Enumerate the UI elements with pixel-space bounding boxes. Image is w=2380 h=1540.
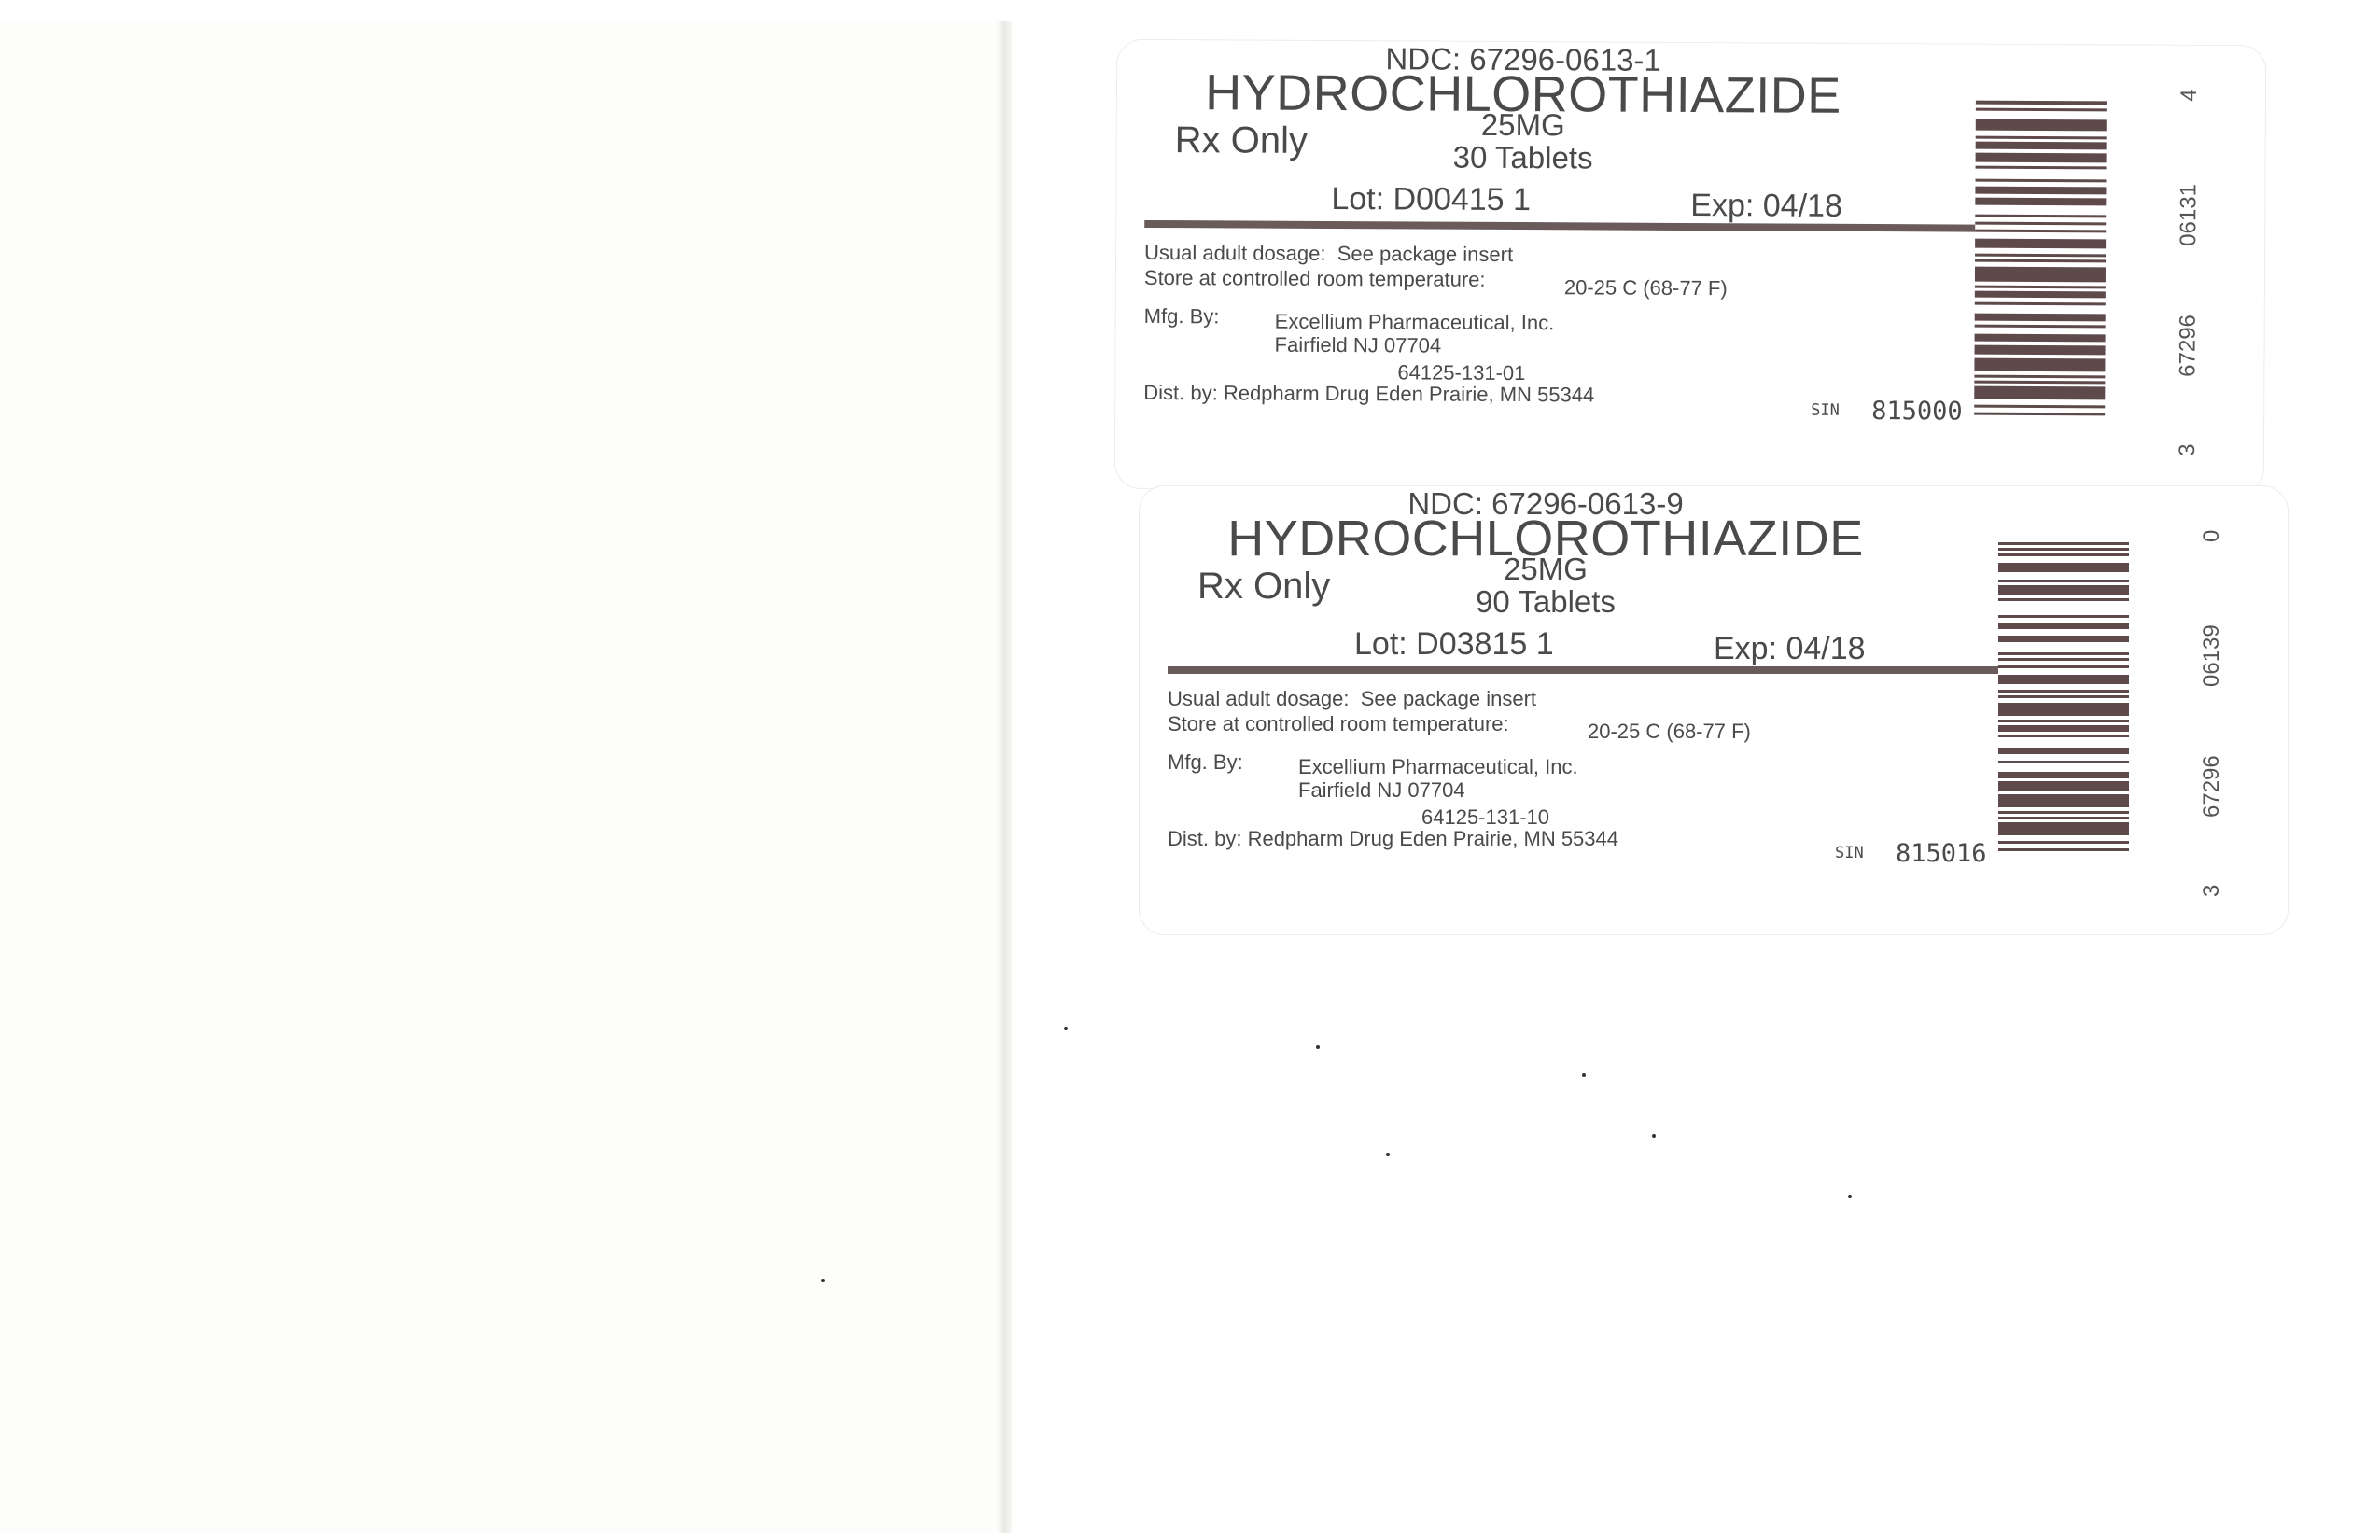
barcode-bar: [1998, 703, 2129, 716]
barcode-bar: [1998, 690, 2129, 693]
barcode-bar: [1998, 817, 2129, 819]
mfg-address: Fairfield NJ 07704: [1274, 333, 1441, 358]
barcode: [1998, 542, 2129, 860]
barcode-bar: [1998, 580, 2129, 582]
barcode-bar: [1998, 848, 2129, 851]
expiry-date: Exp: 04/18: [1714, 631, 1866, 667]
barcode-bar: [1976, 108, 2107, 112]
distributor: Dist. by: Redpharm Drug Eden Prairie, MN…: [1168, 827, 1618, 851]
barcode-bar: [1975, 291, 2106, 299]
distributor: Dist. by: Redpharm Drug Eden Prairie, MN…: [1143, 381, 1594, 408]
scan-speck: [1652, 1134, 1656, 1138]
expiry-date: Exp: 04/18: [1690, 188, 1842, 225]
barcode-bar: [1998, 598, 2129, 601]
barcode-bar: [1974, 381, 2105, 385]
barcode-bar: [1998, 735, 2129, 737]
barcode-bar: [1976, 101, 2107, 105]
barcode-bar: [1975, 222, 2106, 226]
barcode-digit: 06139: [2199, 624, 2225, 687]
barcode-digit: 3: [2199, 885, 2225, 897]
barcode-bar: [1998, 548, 2129, 551]
barcode-bar: [1975, 215, 2106, 218]
barcode-digit: 4: [2177, 89, 2203, 102]
barcode-bar: [1998, 720, 2129, 722]
barcode: [1974, 101, 2107, 419]
scan-speck: [1316, 1045, 1320, 1049]
storage-text: Store at controlled room temperature:: [1144, 266, 1486, 292]
barcode-bar: [1975, 325, 2106, 329]
barcode-bar: [1998, 772, 2129, 778]
barcode-bar: [1998, 585, 2129, 595]
barcode-bar: [1998, 794, 2129, 807]
mfg-label: Mfg. By:: [1168, 750, 1243, 775]
scan-speck: [1582, 1073, 1586, 1077]
barcode-bar: [1976, 119, 2107, 132]
lot-number: Lot: D00415 1: [1331, 181, 1531, 218]
barcode-bar: [1975, 302, 2106, 306]
mfg-name: Excellium Pharmaceutical, Inc.: [1298, 755, 1578, 779]
barcode-bar: [1975, 254, 2106, 258]
label-90-tablets: NDC: 67296-0613-9 HYDROCHLOROTHIAZIDE 25…: [1139, 485, 2289, 935]
barcode-bar: [1998, 725, 2129, 732]
barcode-bar: [1998, 636, 2129, 642]
barcode-bar: [1975, 345, 2106, 356]
barcode-bar: [1998, 665, 2129, 668]
barcode-bar: [1976, 142, 2107, 150]
page-fold: [997, 21, 1012, 1533]
barcode-bar: [1975, 179, 2106, 183]
barcode-bar: [1975, 259, 2106, 263]
sin-label: SIN: [1835, 844, 1864, 862]
barcode-bar: [1975, 314, 2106, 322]
barcode-bar: [1998, 811, 2129, 814]
lot-number: Lot: D03815 1: [1354, 626, 1554, 663]
barcode-bar: [1998, 623, 2129, 629]
barcode-bar: [1998, 658, 2129, 661]
barcode-bar: [1976, 136, 2107, 140]
barcode-digit: 3: [2175, 443, 2201, 456]
barcode-bar: [1975, 230, 2106, 233]
barcode-bar: [1974, 413, 2105, 416]
scan-left-page: [0, 21, 1003, 1533]
temperature: 20-25 C (68-77 F): [1588, 720, 1751, 744]
temperature: 20-25 C (68-77 F): [1564, 275, 1728, 301]
divider: [1144, 220, 1975, 232]
barcode-digits: 3 67296 06131 4: [2175, 55, 2218, 466]
barcode-bar: [1998, 748, 2129, 754]
scan-speck: [821, 1279, 825, 1282]
dosage-text: Usual adult dosage: See package insert: [1144, 241, 1513, 267]
barcode-bar: [1998, 822, 2129, 835]
barcode-bar: [1974, 375, 2105, 379]
divider: [1168, 666, 1998, 674]
barcode-bar: [1998, 563, 2129, 572]
barcode-bar: [1974, 405, 2105, 409]
barcode-bar: [1975, 286, 2106, 289]
barcode-digit: 0: [2199, 530, 2225, 542]
label-30-tablets: NDC: 67296-0613-1 HYDROCHLOROTHIAZIDE 25…: [1114, 39, 2267, 495]
barcode-bar: [1998, 841, 2129, 844]
barcode-bar: [1974, 386, 2105, 400]
barcode-bar: [1976, 153, 2107, 163]
barcode-bar: [1998, 781, 2129, 791]
barcode-bar: [1998, 615, 2129, 618]
barcode-bar: [1975, 334, 2106, 343]
rx-only: Rx Only: [1175, 119, 1308, 162]
barcode-bar: [1998, 553, 2129, 556]
barcode-digit: 67296: [2199, 755, 2225, 818]
barcode-digit: 06131: [2176, 184, 2202, 246]
scan-speck: [1848, 1195, 1852, 1198]
barcode-bar: [1998, 542, 2129, 545]
sin-value: 815000: [1871, 397, 1963, 427]
dosage-text: Usual adult dosage: See package insert: [1168, 687, 1536, 711]
barcode-bar: [1998, 652, 2129, 655]
barcode-bar: [1975, 267, 2106, 283]
storage-text: Store at controlled room temperature:: [1168, 712, 1509, 736]
barcode-bar: [1998, 695, 2129, 698]
barcode-bar: [1975, 187, 2106, 195]
barcode-bar: [1998, 675, 2129, 684]
mfg-address: Fairfield NJ 07704: [1298, 778, 1465, 803]
barcode-bar: [1976, 166, 2107, 170]
sin-value: 815016: [1896, 839, 1987, 868]
barcode-digits: 3 67296 06139 0: [2199, 496, 2240, 906]
scan-speck: [1386, 1153, 1390, 1156]
barcode-digit: 67296: [2175, 315, 2201, 377]
barcode-bar: [1998, 761, 2129, 763]
barcode-bar: [1975, 239, 2106, 249]
rx-only: Rx Only: [1197, 566, 1330, 608]
mfg-label: Mfg. By:: [1144, 304, 1220, 329]
mfg-name: Excellium Pharmaceutical, Inc.: [1275, 310, 1555, 336]
barcode-bar: [1975, 198, 2106, 206]
sin-label: SIN: [1811, 401, 1840, 420]
scan-speck: [1064, 1027, 1068, 1030]
barcode-bar: [1974, 358, 2105, 372]
